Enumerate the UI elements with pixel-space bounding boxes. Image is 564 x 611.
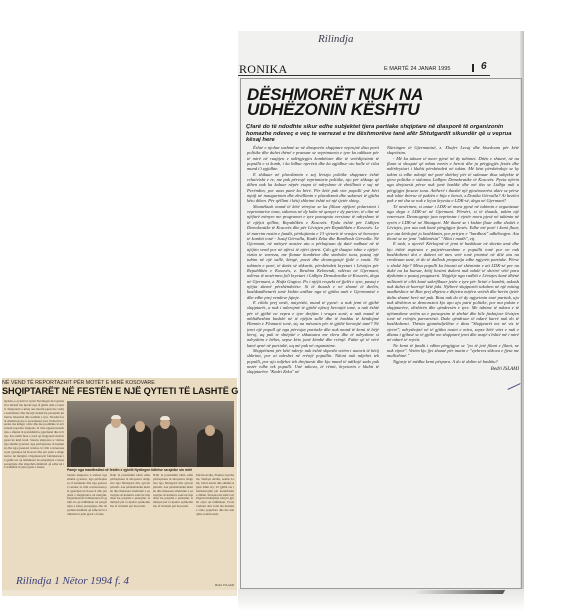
left-column-2-text: Stenda shqiptare u vizitua nga shumë qyt… xyxy=(67,474,107,516)
paragraph: E cilido prej nesh, natyrisht, mund të p… xyxy=(247,300,379,348)
page-number: 6 xyxy=(481,61,487,72)
left-column-3: Ndër të pranishmit ishin edhe përfaqësue… xyxy=(110,474,150,588)
paragraph: Shumëkush mund të këtë vërejtur se ka fi… xyxy=(247,204,379,300)
left-column-4-text: Ndër të pranishmit ishin edhe përfaqësue… xyxy=(153,474,193,508)
left-photo-caption: Pamje nga manifestimi në festën e qyteti… xyxy=(67,468,234,472)
right-clipping-bottom-edge xyxy=(238,589,524,611)
left-photo xyxy=(67,401,234,467)
left-column-1: Qendra e qytetit të vjetër Nyrtingen në … xyxy=(4,400,64,588)
left-byline: Bedri ISLAMI xyxy=(210,584,234,589)
left-column-4: Ndër të pranishmit ishin edhe përfaqësue… xyxy=(153,474,193,588)
issue-date: E MARTË 24 JANAR 1995 xyxy=(384,66,450,72)
paragraph: Nürtingen të Gjermanisë, z. Xhafer Lecaj… xyxy=(387,145,519,156)
left-handwritten-note: Rilindja 1 Nëtor 1994 f. 4 xyxy=(16,575,129,587)
page-divider xyxy=(472,64,474,72)
paragraph: Shqipëtizmi për këtë nderje nuk është sh… xyxy=(247,348,379,375)
paragraph: Ne kemi të fundit i vdhm përgjigjur se "… xyxy=(387,343,519,359)
paragraph: E tash, o njerëz! Kërkojmë të jemi të ba… xyxy=(387,241,519,343)
left-byline-text: Bedri ISLAMI xyxy=(215,584,234,587)
article-byline: Bedri ISLAMI xyxy=(387,367,519,372)
left-clipping-margin xyxy=(2,590,237,596)
article-column-1: Është e njohur tashmë se në diasporën sh… xyxy=(247,145,379,580)
paragraph: Është e njohur tashmë se në diasporën sh… xyxy=(247,145,379,172)
paragraph: E shikuar në pluralizmin e saj lëvizja p… xyxy=(247,172,379,204)
left-column-1-text-cont: Stenda shqiptare u vizitua nga shumë qyt… xyxy=(4,438,64,469)
left-clipping-header: NË VEND TË REPORTAZHIT PËR MOTËT E MIRË … xyxy=(2,380,237,396)
left-column-1-text: Qendra e qytetit të vjetër Nyrtingen në … xyxy=(4,400,64,442)
left-column-3-text: Ndër të pranishmit ishin edhe përfaqësue… xyxy=(110,474,150,508)
article-headline: DËSHMORËT NUK NA UDHËZONIN KËSHTU xyxy=(247,87,517,117)
header-rule xyxy=(238,75,490,76)
left-column-2: Stenda shqiptare u vizitua nga shumë qyt… xyxy=(67,474,107,588)
article-subheadline: Çfarë do të ndodhte sikur edhe subjektet… xyxy=(246,124,521,144)
left-column-5: Ekrem Avdiu, Flamur Gerxhaliu, Shefqet A… xyxy=(196,474,234,584)
paragraph: Ngjarje të mëdha kemi përpara. A do të d… xyxy=(387,359,519,364)
paragraph: Të nesërmen, si antar i LDK-së mora pjes… xyxy=(387,204,519,241)
left-column-5-text: Ekrem Avdiu, Flamur Gerxhaliu, Shefqet A… xyxy=(196,474,234,516)
article-column-2: Nürtingen të Gjermanisë, z. Xhafer Lecaj… xyxy=(387,145,519,580)
paragraph: - Më ka takuar të marr pjesë në dy tubim… xyxy=(387,156,519,204)
left-headline: SHQIPTARËT NË FESTËN E NJË QYTETI TË LAS… xyxy=(2,386,237,396)
right-handwritten-note: Rilindja xyxy=(318,33,353,45)
